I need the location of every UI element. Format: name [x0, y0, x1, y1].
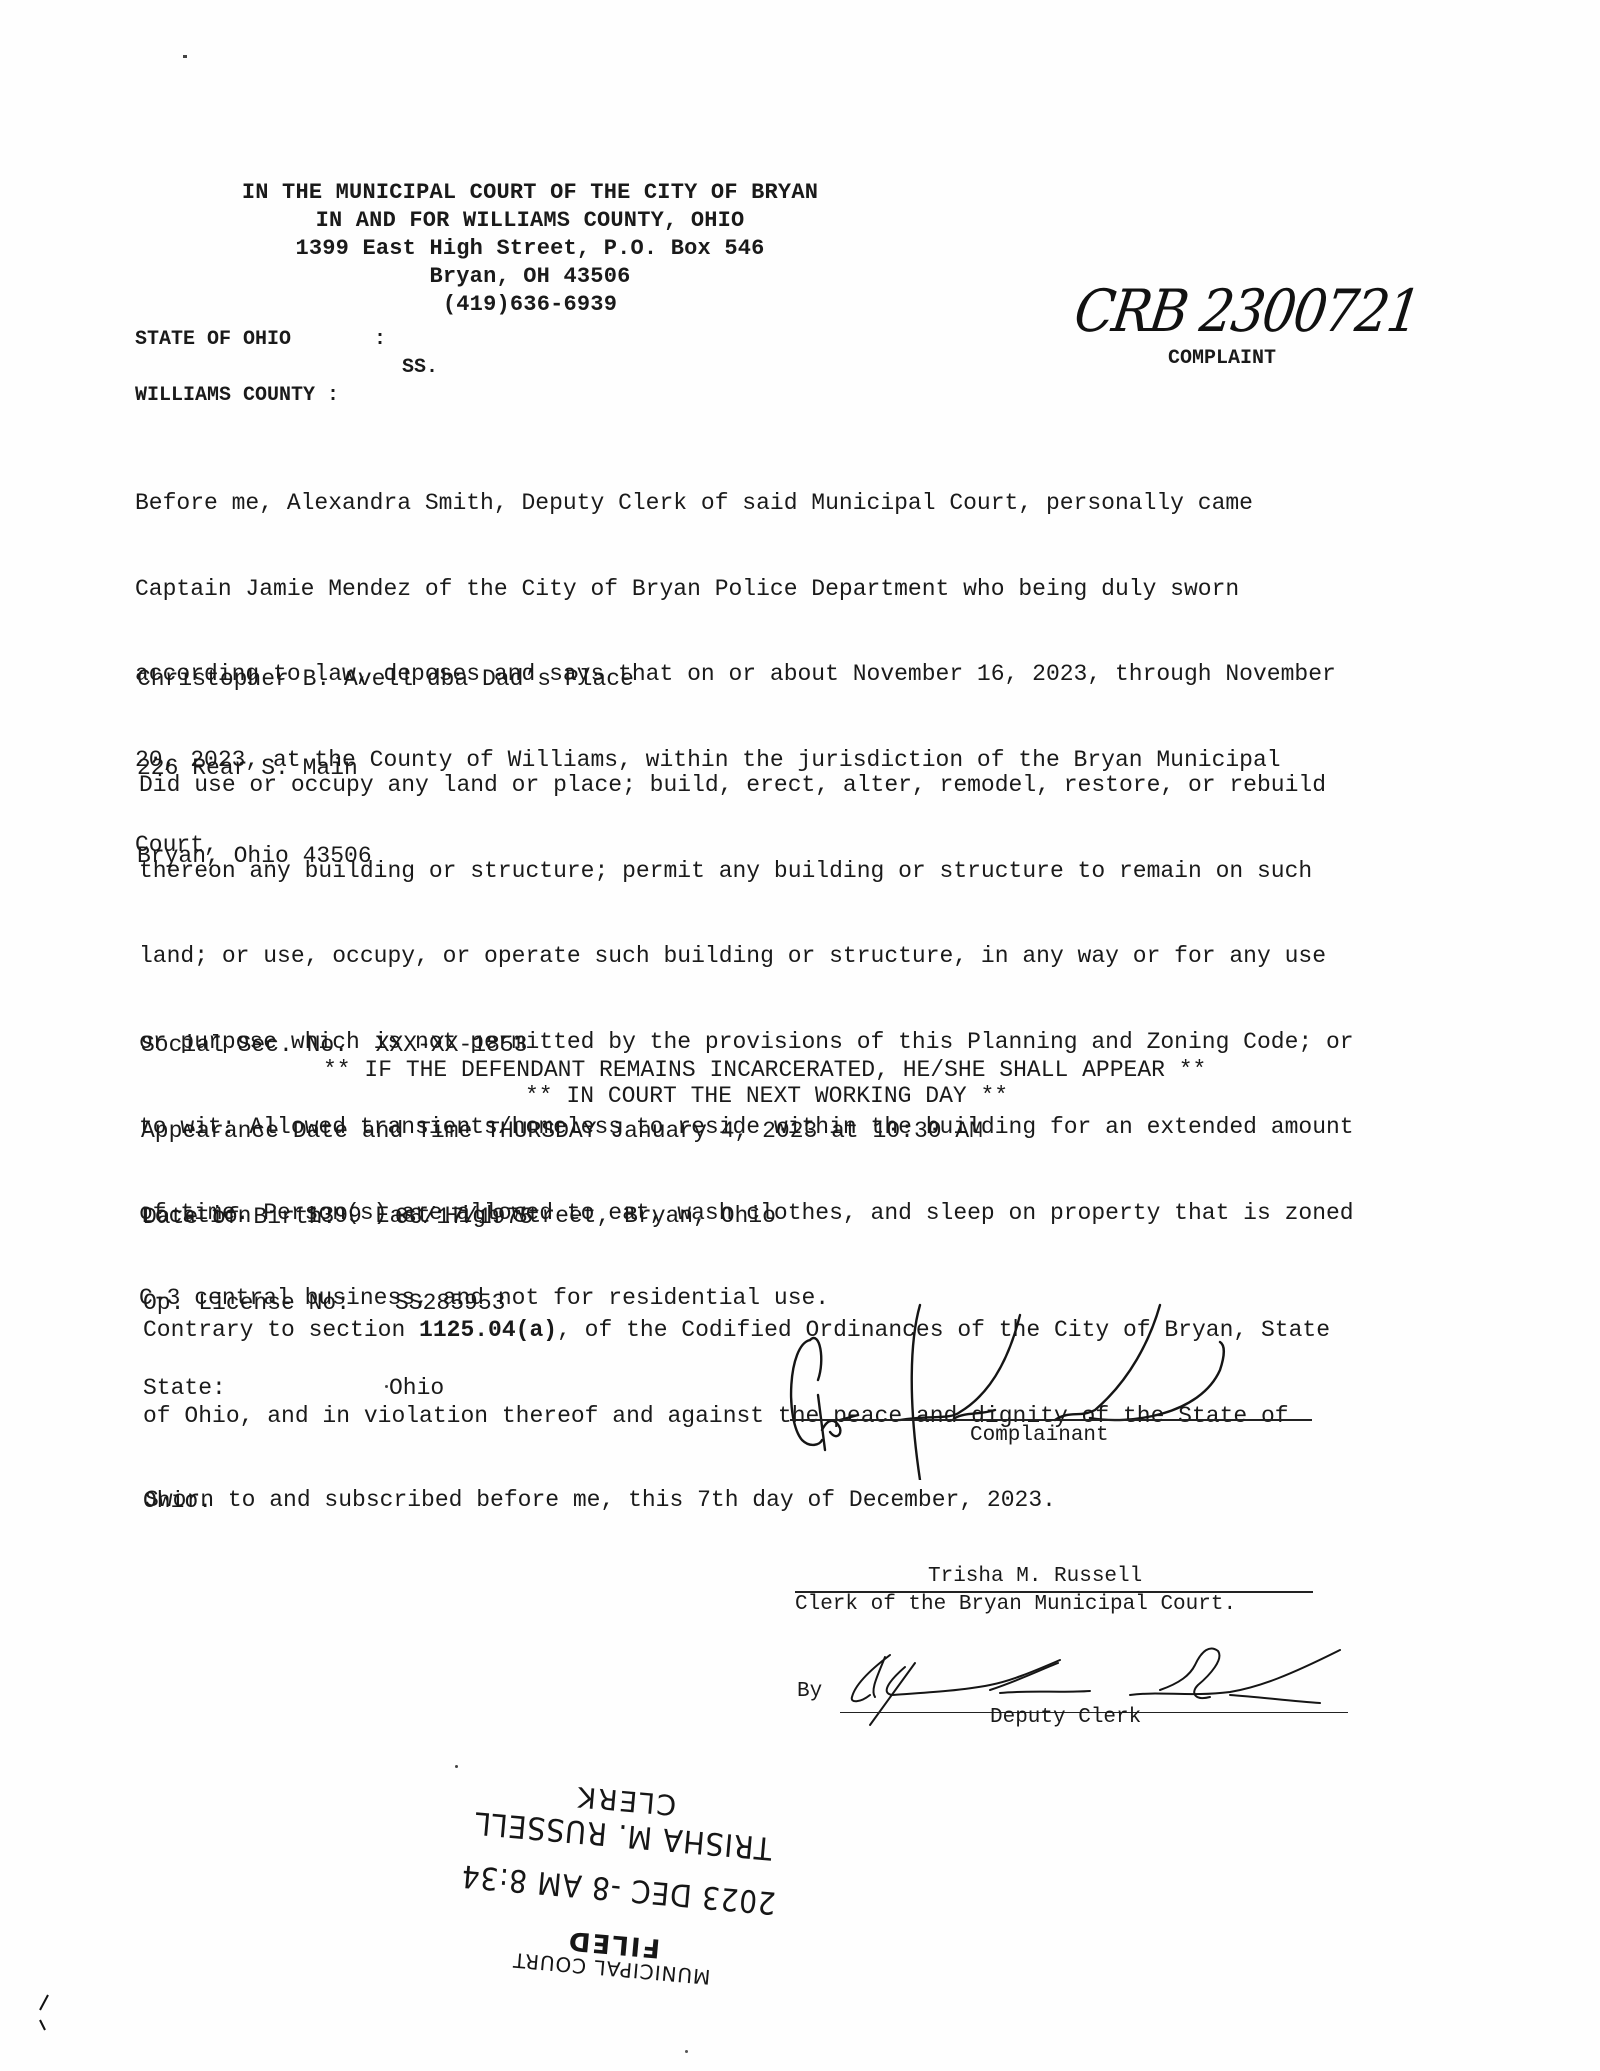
ssn-value: XXX-XX-1853	[376, 1032, 528, 1058]
scan-speck	[183, 55, 187, 58]
violation-prefix: Contrary to section	[143, 1317, 419, 1343]
appearance-date-value: THURSDAY January 4, 2023 at 10:30 AM	[486, 1118, 983, 1144]
court-jurisdiction: IN AND FOR WILLIAMS COUNTY, OHIO	[70, 208, 990, 233]
complaint-document: IN THE MUNICIPAL COURT OF THE CITY OF BR…	[0, 0, 1600, 2071]
complainant-signature	[780, 1300, 1340, 1480]
deputy-clerk-label: Deputy Clerk	[990, 1706, 1141, 1729]
charge-line: Did use or occupy any land or place; bui…	[139, 771, 1354, 800]
defendant-name: Christopher B. Avell dba Dad’s Place	[137, 665, 634, 695]
court-phone: (419)636-6939	[70, 292, 990, 317]
charge-line: thereon any building or structure; permi…	[139, 857, 1354, 886]
stamp-datetime: 2023 DEC -8 AM 8:34	[446, 1856, 790, 1922]
clerk-name: Trisha M. Russell	[928, 1565, 1142, 1588]
margin-mark	[30, 1990, 60, 2045]
sworn-statement: Sworn to and subscribed before me, this …	[145, 1486, 1056, 1515]
complainant-label: Complainant	[970, 1424, 1109, 1447]
venue-state: STATE OF OHIO	[135, 328, 291, 351]
complainant-signature-line	[790, 1419, 1312, 1421]
intro-line: Before me, Alexandra Smith, Deputy Clerk…	[135, 489, 1336, 518]
by-label: By	[797, 1680, 822, 1703]
incarceration-notice-1: ** IF THE DEFENDANT REMAINS INCARCERATED…	[323, 1056, 1206, 1085]
incarceration-notice-2: ** IN COURT THE NEXT WORKING DAY **	[525, 1082, 1008, 1111]
ordinance-section: 1125.04(a)	[419, 1317, 557, 1343]
filed-stamp: MUNICIPAL COURT FILED 2023 DEC -8 AM 8:3…	[421, 1739, 820, 2001]
court-name: IN THE MUNICIPAL COURT OF THE CITY OF BR…	[70, 180, 990, 205]
dob-value: 06/17/1975	[395, 1204, 533, 1230]
court-address: 1399 East High Street, P.O. Box 546	[70, 236, 990, 261]
venue-colon: :	[374, 328, 386, 351]
intro-line: Captain Jamie Mendez of the City of Brya…	[135, 575, 1336, 604]
venue-county: WILLIAMS COUNTY :	[135, 384, 339, 407]
case-number: CRB 2300721	[1070, 278, 1423, 345]
document-type: COMPLAINT	[1168, 347, 1276, 370]
venue-ss: SS.	[402, 356, 438, 379]
scan-speck	[685, 2050, 688, 2053]
ssn-label: Social Sec. No.	[141, 1032, 348, 1058]
clerk-title: Clerk of the Bryan Municipal Court.	[795, 1593, 1236, 1616]
dob-label: Date of Birth:	[143, 1203, 395, 1232]
court-city: Bryan, OH 43506	[70, 264, 990, 289]
charge-line: land; or use, occupy, or operate such bu…	[139, 942, 1354, 971]
appearance-date-label: Appearance Date and Time	[141, 1118, 472, 1144]
